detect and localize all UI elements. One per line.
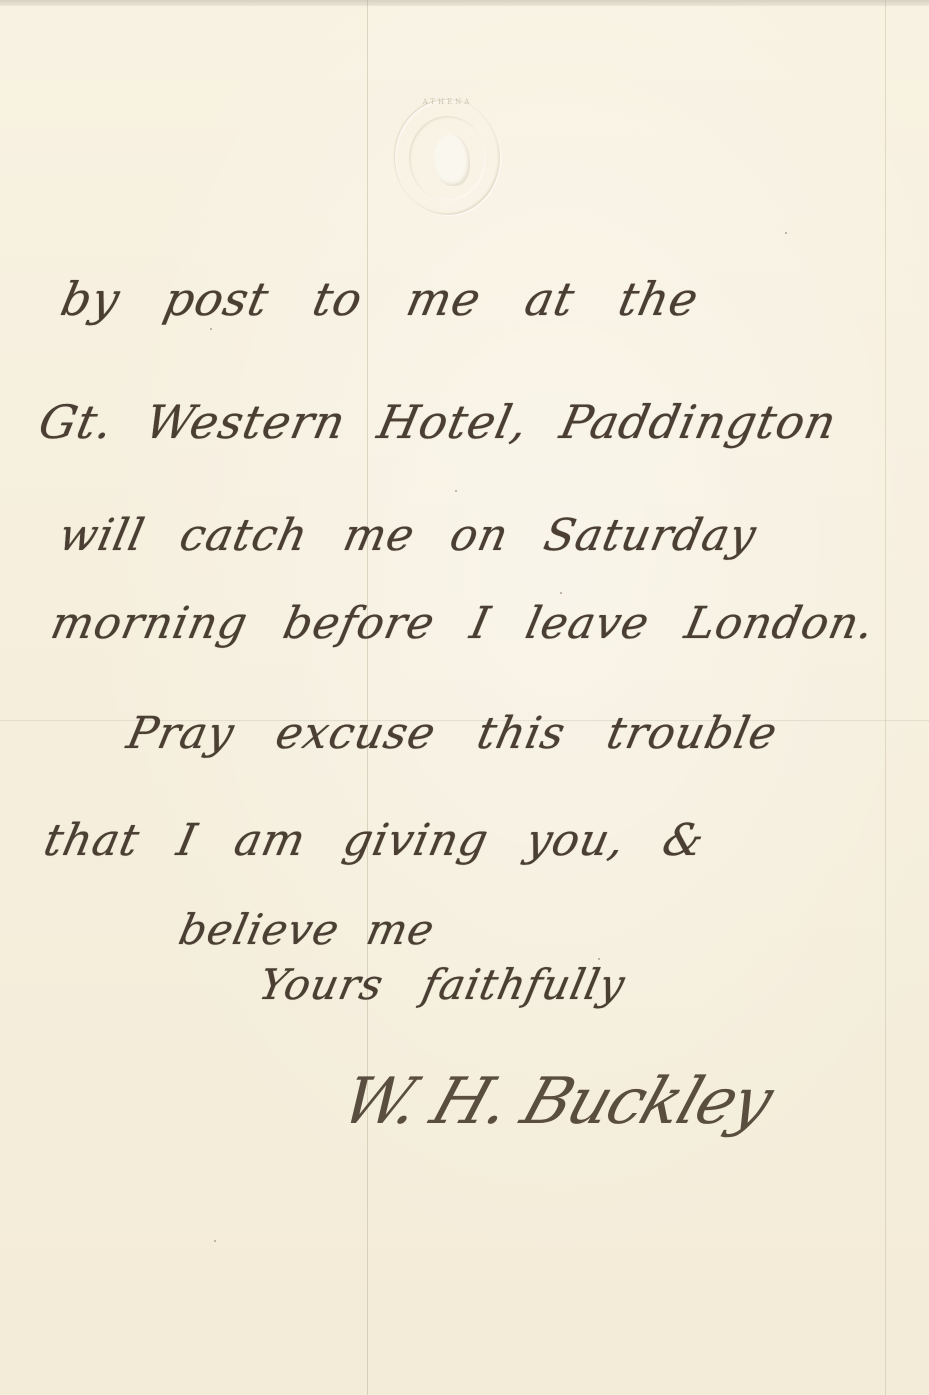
paper-speck [785,232,787,234]
paper-speck [214,1240,216,1242]
letter-body: by post to me at the Gt. Western Hotel, … [0,0,929,1395]
signature: W. H. Buckley [333,1065,780,1139]
letter-closing-yours: Yours faithfully [255,960,630,1009]
letter-line-2: Gt. Western Hotel, Paddington [34,395,842,449]
letter-sheet: ATHENA by post to me at the Gt. Western … [0,0,929,1395]
letter-line-1: by post to me at the [56,272,704,326]
letter-line-3: will catch me on Saturday [55,510,761,561]
paper-speck [560,592,562,594]
letter-closing-believe: believe me [175,905,439,954]
paper-speck [598,958,600,960]
letter-line-6: that I am giving you, & [40,815,710,866]
paper-speck [210,328,212,330]
letter-line-5: Pray excuse this trouble [123,708,782,759]
letter-line-4: morning before I leave London. [47,598,880,649]
paper-speck [455,490,457,492]
